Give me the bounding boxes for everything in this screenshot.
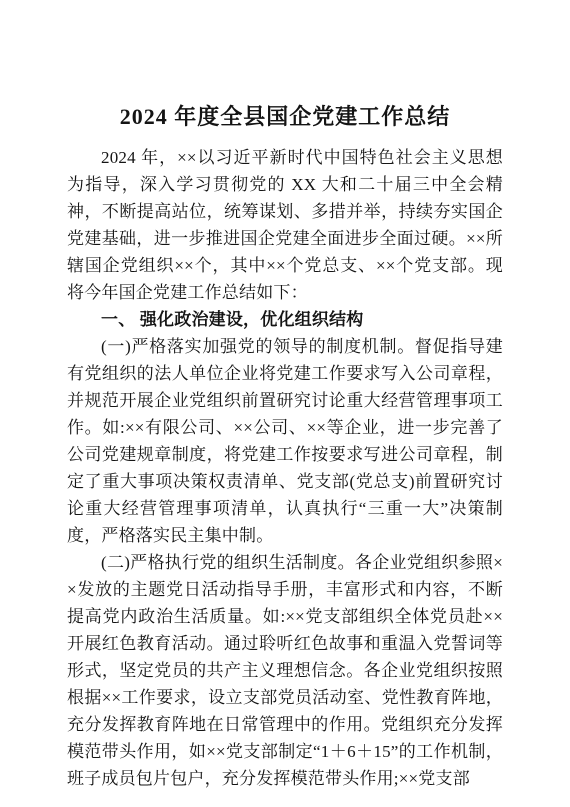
- document-title: 2024 年度全县国企党建工作总结: [67, 102, 503, 132]
- paragraph-item-1: (一)严格落实加强党的领导的制度机制。督促指导建有党组织的法人单位企业将党建工作…: [67, 333, 503, 549]
- paragraph-item-2: (二)严格执行党的组织生活制度。各企业党组织参照××发放的主题党日活动指导手册，…: [67, 549, 503, 792]
- paragraph-intro: 2024 年，××以习近平新时代中国特色社会主义思想为指导，深入学习贯彻党的 X…: [67, 144, 503, 306]
- section-heading-1: 一、 强化政治建设，优化组织结构: [67, 306, 503, 333]
- document-page: 2024 年度全县国企党建工作总结 2024 年，××以习近平新时代中国特色社会…: [0, 0, 570, 807]
